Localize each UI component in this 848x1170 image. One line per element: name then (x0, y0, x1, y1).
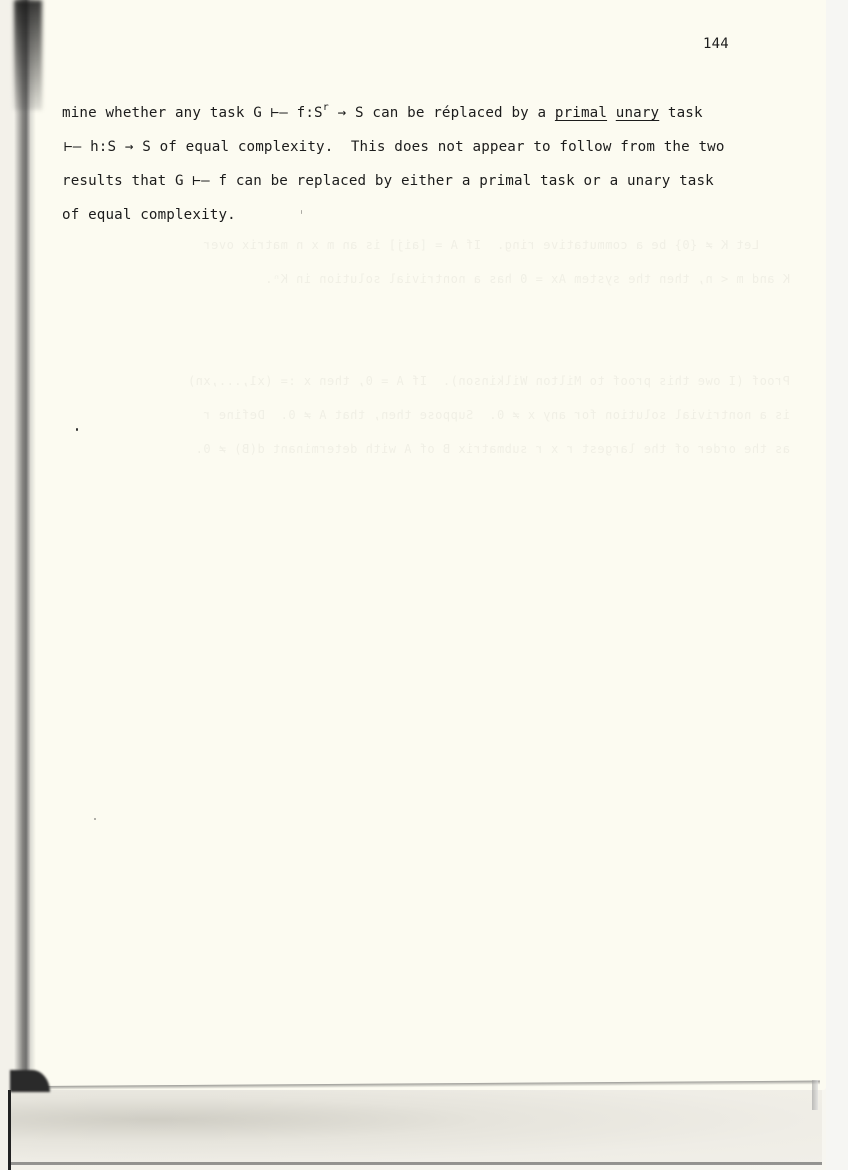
scan-border-left (8, 1090, 11, 1170)
text-segment: mine whether any task G ⊢— f:S (62, 105, 323, 121)
page-corner-shadow (812, 1080, 818, 1110)
text-line: mine whether any task G ⊢— f:Sr → S can … (62, 96, 762, 130)
text-segment (607, 105, 616, 121)
scan-speck (76, 428, 78, 431)
page-number: 144 (703, 36, 729, 52)
text-segment: of equal complexity. (62, 207, 236, 223)
underlined-term: unary (616, 105, 659, 121)
binding-shadow-top (14, 0, 42, 110)
text-segment: task (659, 105, 702, 121)
text-line: results that G ⊢— f can be replaced by e… (62, 164, 762, 198)
underlying-sheet-edge (8, 1162, 822, 1165)
text-line: of equal complexity. (62, 198, 762, 232)
text-segment: ⊢— h:S → S of equal complexity. This doe… (64, 139, 725, 155)
scan-speck (94, 818, 96, 820)
underlined-term: primal (555, 105, 607, 121)
text-line: ⊢— h:S → S of equal complexity. This doe… (62, 130, 762, 164)
body-paragraph: mine whether any task G ⊢— f:Sr → S can … (62, 96, 762, 232)
scan-margin-right (826, 0, 848, 1170)
underlying-sheet (8, 1090, 822, 1164)
text-segment: → S can be réplaced by a (329, 105, 555, 121)
text-segment: results that G ⊢— f can be replaced by e… (62, 173, 714, 189)
binding-shadow (14, 0, 36, 1090)
